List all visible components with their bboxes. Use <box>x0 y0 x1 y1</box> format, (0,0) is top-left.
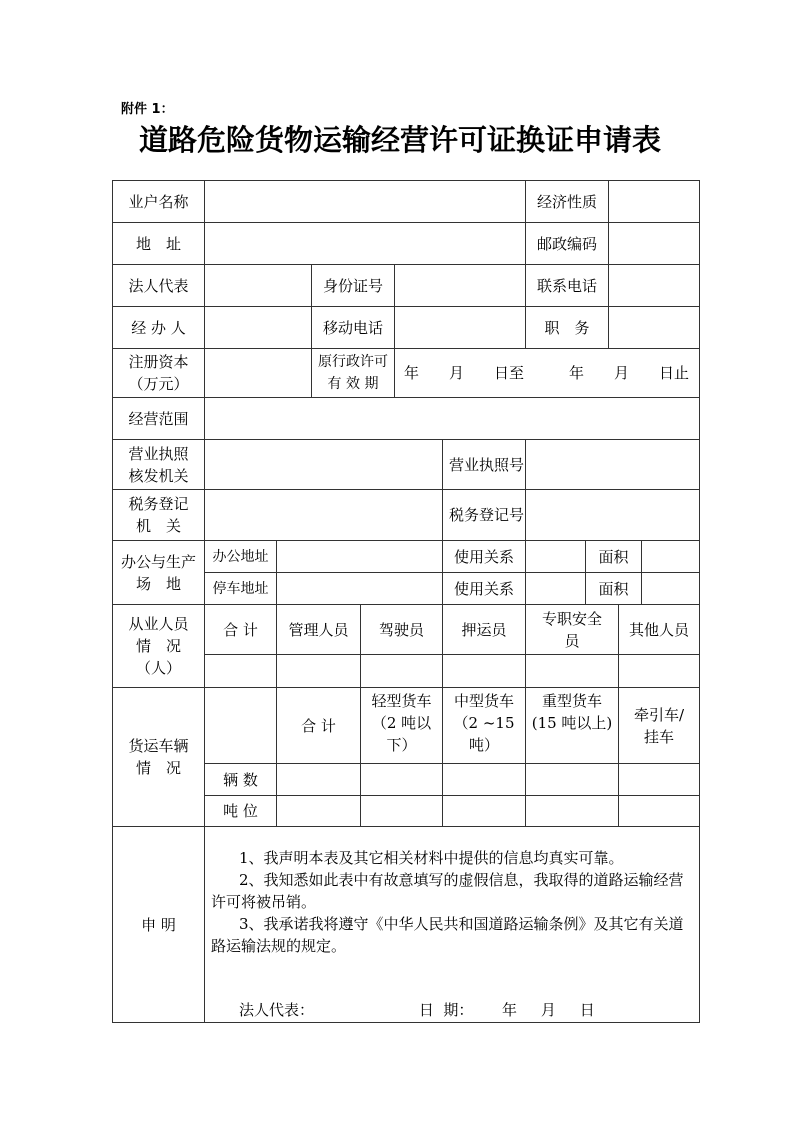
office-usage-relation-field[interactable] <box>525 540 586 573</box>
staff-drivers-field[interactable] <box>360 654 443 688</box>
staff-management-field[interactable] <box>276 654 361 688</box>
address-field[interactable] <box>204 222 526 265</box>
parking-area-field[interactable] <box>641 572 700 605</box>
label-orig-permit-validity: 原行政许可 有 效 期 <box>311 348 395 398</box>
vehicles-count-total-field[interactable] <box>276 763 361 796</box>
vehicles-col-medium: 中型货车 （2 ~15 吨） <box>442 687 526 764</box>
label-economic-nature: 经济性质 <box>525 180 609 223</box>
label-mobile-phone: 移动电话 <box>311 306 395 349</box>
label-company-name: 业户名称 <box>112 180 205 223</box>
label-staff: 从业人员 情 况 （人） <box>112 604 205 688</box>
vehicles-count-heavy-field[interactable] <box>525 763 619 796</box>
staff-col-drivers: 驾驶员 <box>360 604 443 655</box>
staff-others-field[interactable] <box>618 654 700 688</box>
vehicles-tonnage-total-field[interactable] <box>276 795 361 827</box>
legal-rep-field[interactable] <box>204 264 312 307</box>
vehicles-tonnage-heavy-field[interactable] <box>525 795 619 827</box>
label-parking-area: 面积 <box>585 572 642 605</box>
label-registered-capital: 注册资本 （万元） <box>112 348 205 398</box>
contact-phone-field[interactable] <box>608 264 700 307</box>
label-handler: 经 办 人 <box>112 306 205 349</box>
staff-safety-officers-field[interactable] <box>525 654 619 688</box>
statement-item-2: 2、我知悉如此表中有故意填写的虚假信息，我取得的道路运输经营许可将被吊销。 <box>211 869 685 913</box>
vehicles-col-total: 合 计 <box>276 687 361 764</box>
staff-total-field[interactable] <box>204 654 277 688</box>
label-tax-reg-number: 税务登记号 <box>442 489 526 541</box>
vehicles-col-light: 轻型货车 （2 吨以 下） <box>360 687 443 764</box>
postal-code-field[interactable] <box>608 222 700 265</box>
vehicles-tonnage-tractor-field[interactable] <box>618 795 700 827</box>
staff-escorts-field[interactable] <box>442 654 526 688</box>
validity-range-field[interactable]: 年 月 日至 年 月 日止 <box>394 348 700 398</box>
label-office-usage-relation: 使用关系 <box>442 540 526 573</box>
economic-nature-field[interactable] <box>608 180 700 223</box>
label-parking-usage-relation: 使用关系 <box>442 572 526 605</box>
label-office-address: 办公地址 <box>204 540 277 573</box>
vehicles-tonnage-light-field[interactable] <box>360 795 443 827</box>
tax-reg-authority-field[interactable] <box>204 489 443 541</box>
parking-address-field[interactable] <box>276 572 443 605</box>
label-vehicles: 货运车辆 情 况 <box>112 687 205 827</box>
company-name-field[interactable] <box>204 180 526 223</box>
vehicles-row-count: 辆 数 <box>204 763 277 796</box>
license-number-field[interactable] <box>525 439 700 490</box>
vehicles-header-blank <box>204 687 277 764</box>
label-position: 职 务 <box>525 306 609 349</box>
vehicles-row-tonnage: 吨 位 <box>204 795 277 827</box>
statement-block: 1、我声明本表及其它相关材料中提供的信息均真实可靠。 2、我知悉如此表中有故意填… <box>204 826 700 1023</box>
label-office-area: 面积 <box>585 540 642 573</box>
tax-reg-number-field[interactable] <box>525 489 700 541</box>
statement-item-3: 3、我承诺我将遵守《中华人民共和国道路运输条例》及其它有关道路运输法规的规定。 <box>211 913 685 957</box>
staff-col-escorts: 押运员 <box>442 604 526 655</box>
label-address: 地 址 <box>112 222 205 265</box>
vehicles-col-heavy: 重型货车 (15 吨以上) <box>525 687 619 764</box>
vehicles-col-tractor: 牵引车/ 挂车 <box>618 687 700 764</box>
statement-signature-line[interactable]: 法人代表： 日 期： 年 月 日 <box>211 999 595 1021</box>
vehicles-tonnage-medium-field[interactable] <box>442 795 526 827</box>
label-postal-code: 邮政编码 <box>525 222 609 265</box>
statement-item-1: 1、我声明本表及其它相关材料中提供的信息均真实可靠。 <box>211 847 624 869</box>
vehicles-count-light-field[interactable] <box>360 763 443 796</box>
staff-col-others: 其他人员 <box>618 604 700 655</box>
vehicles-count-tractor-field[interactable] <box>618 763 700 796</box>
handler-field[interactable] <box>204 306 312 349</box>
business-scope-field[interactable] <box>204 397 700 440</box>
license-issuer-field[interactable] <box>204 439 443 490</box>
vehicles-count-medium-field[interactable] <box>442 763 526 796</box>
label-tax-reg-authority: 税务登记 机 关 <box>112 489 205 541</box>
position-field[interactable] <box>608 306 700 349</box>
label-business-scope: 经营范围 <box>112 397 205 440</box>
staff-col-total: 合 计 <box>204 604 277 655</box>
registered-capital-field[interactable] <box>204 348 312 398</box>
staff-col-management: 管理人员 <box>276 604 361 655</box>
label-license-number: 营业执照号 <box>442 439 526 490</box>
label-license-issuer: 营业执照 核发机关 <box>112 439 205 490</box>
label-office-production-site: 办公与生产 场 地 <box>112 540 205 605</box>
label-legal-rep: 法人代表 <box>112 264 205 307</box>
application-form-table: 业户名称 经济性质 地 址 邮政编码 法人代表 身份证号 联系电话 经 办 人 … <box>0 0 800 1132</box>
mobile-phone-field[interactable] <box>394 306 526 349</box>
label-statement: 申 明 <box>112 826 205 1023</box>
label-id-number: 身份证号 <box>311 264 395 307</box>
staff-col-safety-officers: 专职安全 员 <box>525 604 619 655</box>
parking-usage-relation-field[interactable] <box>525 572 586 605</box>
office-address-field[interactable] <box>276 540 443 573</box>
label-parking-address: 停车地址 <box>204 572 277 605</box>
office-area-field[interactable] <box>641 540 700 573</box>
id-number-field[interactable] <box>394 264 526 307</box>
label-contact-phone: 联系电话 <box>525 264 609 307</box>
